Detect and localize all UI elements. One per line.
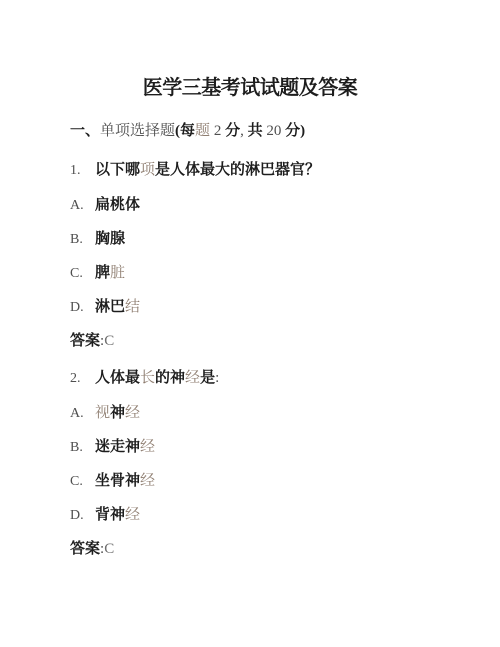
question-2-option-a-prefix: A. <box>70 404 95 424</box>
question-2-option-a: A.视神经 <box>70 403 460 423</box>
question-1-option-a-prefix: A. <box>70 196 95 216</box>
question-1-prefix: 1. <box>70 161 95 181</box>
question-1-option-c-text: 脏 <box>110 265 125 281</box>
section-heading-text: ) <box>300 123 305 139</box>
question-2: 2.人体最长的神经是: <box>70 368 460 388</box>
question-1-answer-text: 答案 <box>70 333 100 349</box>
question-2-text: : <box>215 370 219 386</box>
section-heading-text: 分 <box>225 123 240 139</box>
question-2-option-a-text: 神 <box>110 405 125 421</box>
section-heading-text: 分 <box>285 123 300 139</box>
question-1-option-d-prefix: D. <box>70 298 95 318</box>
question-1-option-d-text: 结 <box>125 299 140 315</box>
question-1-text: 以下哪 <box>95 162 140 178</box>
question-2-option-b-text: 迷走神 <box>95 439 140 455</box>
section-heading-text: 共 <box>248 123 263 139</box>
question-2-text: 人体最 <box>95 370 140 386</box>
question-1-option-b: B.胸腺 <box>70 229 460 249</box>
question-2-option-d-prefix: D. <box>70 506 95 526</box>
question-2-text: 经 <box>185 370 200 386</box>
question-1-option-c-prefix: C. <box>70 264 95 284</box>
question-2-option-d-text: 经 <box>125 507 140 523</box>
question-2-text: 长 <box>140 370 155 386</box>
question-2-option-b: B.迷走神经 <box>70 437 460 457</box>
question-1-option-b-prefix: B. <box>70 230 95 250</box>
question-2-prefix: 2. <box>70 369 95 389</box>
question-1-option-b-text: 胸腺 <box>95 231 125 247</box>
question-2-option-c: C.坐骨神经 <box>70 471 460 491</box>
section-heading-text: 题 <box>195 123 210 139</box>
question-2-option-a-text: 经 <box>125 405 140 421</box>
document-page: 医学三基考试试题及答案 一、单项选择题(每题 2 分, 共 20 分)1.以下哪… <box>0 0 500 647</box>
question-1-option-c-text: 脾 <box>95 265 110 281</box>
question-1-option-a-text: 扁桃体 <box>95 197 140 213</box>
section-heading-text: , <box>240 123 248 139</box>
question-2-option-b-prefix: B. <box>70 438 95 458</box>
question-2-text: 的神 <box>155 370 185 386</box>
question-1-option-d-text: 淋巴 <box>95 299 125 315</box>
document-title: 医学三基考试试题及答案 <box>0 74 500 102</box>
question-1-text: 项 <box>140 162 155 178</box>
section-heading-text: 2 <box>210 123 225 139</box>
question-2-answer-text: 答案 <box>70 541 100 557</box>
question-1-option-a: A.扁桃体 <box>70 195 460 215</box>
question-2-option-c-text: 坐骨神 <box>95 473 140 489</box>
section-heading-text: 一、 <box>70 123 100 139</box>
question-2-answer: 答案:C <box>70 539 460 559</box>
question-2-option-c-text: 经 <box>140 473 155 489</box>
section-heading-text: 单项选择题 <box>100 123 175 139</box>
question-1: 1.以下哪项是人体最大的淋巴器官？ <box>70 160 460 180</box>
exam-body: 一、单项选择题(每题 2 分, 共 20 分)1.以下哪项是人体最大的淋巴器官？… <box>0 121 500 559</box>
question-2-option-a-text: 视 <box>95 405 110 421</box>
question-2-option-d-text: 背神 <box>95 507 125 523</box>
question-2-option-c-prefix: C. <box>70 472 95 492</box>
question-1-option-c: C.脾脏 <box>70 263 460 283</box>
section-heading-text: 20 <box>263 123 286 139</box>
question-1-answer: 答案:C <box>70 331 460 351</box>
question-2-text: 是 <box>200 370 215 386</box>
question-1-option-d: D.淋巴结 <box>70 297 460 317</box>
question-1-answer-text: C <box>104 333 114 349</box>
section-heading-text: 每 <box>180 123 195 139</box>
question-2-answer-text: C <box>104 541 114 557</box>
question-2-option-b-text: 经 <box>140 439 155 455</box>
question-2-option-d: D.背神经 <box>70 505 460 525</box>
question-1-text: 是人体最大的淋巴器官？ <box>155 162 320 178</box>
section-heading: 一、单项选择题(每题 2 分, 共 20 分) <box>70 121 460 141</box>
